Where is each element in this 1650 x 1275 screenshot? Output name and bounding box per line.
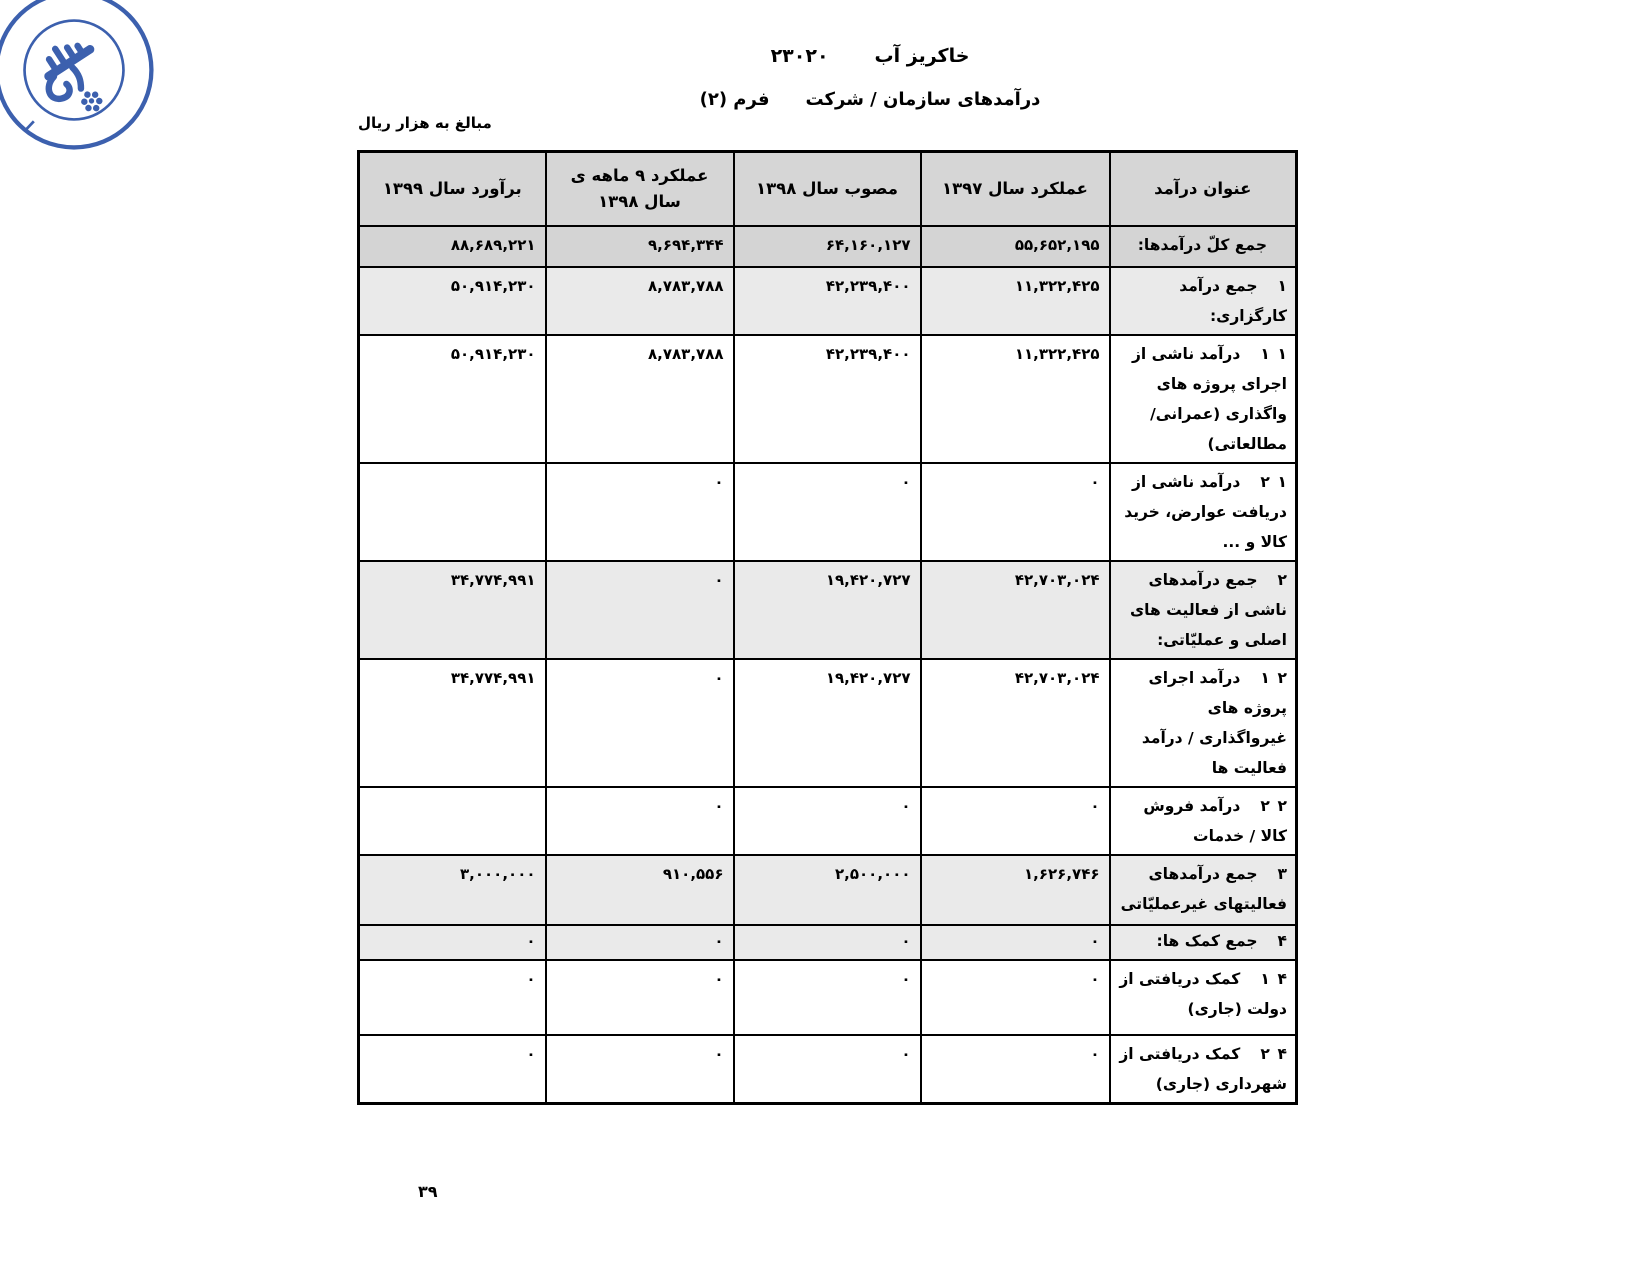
row-number: ۱‏	[1278, 277, 1287, 295]
cell-estimate99: ۳,۰۰۰,۰۰۰	[359, 855, 546, 925]
row-title-cell: ۳‏جمع درآمدهای فعالیتهای غیرعملیّاتی	[1110, 855, 1297, 925]
cell-estimate99: ۰	[359, 925, 546, 960]
cell-perf97: ۵۵,۶۵۲,۱۹۵	[921, 226, 1110, 267]
cell-perf9m98: ۰	[546, 1035, 734, 1104]
document-page: اداره مصوبات شورای اسلامی شهر تهران ۲۳۰۲…	[0, 0, 1650, 1275]
row-number: ۱‏ ۱‏	[1260, 345, 1287, 363]
cell-perf9m98: ۰	[546, 787, 734, 855]
cell-approved98: ۰	[734, 463, 921, 561]
col-header-approved-1398: مصوب سال ۱۳۹۸	[734, 152, 921, 227]
cell-approved98: ۲,۵۰۰,۰۰۰	[734, 855, 921, 925]
col-header-9month-1398: عملکرد ۹ ماهه ی سال ۱۳۹۸	[546, 152, 734, 227]
cell-perf9m98: ۰	[546, 463, 734, 561]
table-row-1-1: ۱‏ ۱‏درآمد ناشی از اجرای پروژه های واگذا…	[359, 335, 1297, 463]
page-number: ۳۹	[418, 1182, 438, 1201]
row-number: ۴‏ ۲‏	[1260, 1045, 1287, 1063]
cell-perf9m98: ۹,۶۹۴,۳۴۴	[546, 226, 734, 267]
col-header-revenue-title: عنوان درآمد	[1110, 152, 1297, 227]
cell-estimate99: ۵۰,۹۱۴,۲۳۰	[359, 267, 546, 335]
cell-perf9m98: ۸,۷۸۳,۷۸۸	[546, 267, 734, 335]
row-title-cell: ۱‏ ۲‏درآمد ناشی از دریافت عوارض، خرید کا…	[1110, 463, 1297, 561]
table-row-grand-total: جمع کلّ درآمدها: ۵۵,۶۵۲,۱۹۵ ۶۴,۱۶۰,۱۲۷ ۹…	[359, 226, 1297, 267]
cell-approved98: ۰	[734, 1035, 921, 1104]
row-title-cell: جمع کلّ درآمدها:	[1110, 226, 1297, 267]
row-number: ۲‏ ۲‏	[1260, 797, 1287, 815]
table-row-2: ۲‏جمع درآمدهای ناشی از فعالیت های اصلی و…	[359, 561, 1297, 659]
cell-perf9m98: ۰	[546, 960, 734, 1035]
row-title-cell: ۱‏ ۱‏درآمد ناشی از اجرای پروژه های واگذا…	[1110, 335, 1297, 463]
cell-perf97: ۱,۶۲۶,۷۴۶	[921, 855, 1110, 925]
row-title-cell: ۴‏ ۲‏کمک دریافتی از شهرداری (جاری)	[1110, 1035, 1297, 1104]
cell-perf97: ۰	[921, 463, 1110, 561]
cell-perf9m98: ۸,۷۸۳,۷۸۸	[546, 335, 734, 463]
cell-perf97: ۴۲,۷۰۳,۰۲۴	[921, 561, 1110, 659]
cell-estimate99: ۳۴,۷۷۴,۹۹۱	[359, 659, 546, 787]
row-title-cell: ۴‏ ۱‏کمک دریافتی از دولت (جاری)	[1110, 960, 1297, 1035]
cell-estimate99: ۰	[359, 960, 546, 1035]
row-title-cell: ۱‏جمع درآمد کارگزاری:	[1110, 267, 1297, 335]
row-title-cell: ۲‏ ۲‏درآمد فروش کالا / خدمات	[1110, 787, 1297, 855]
org-code: ۲۳۰۲۰	[771, 44, 829, 68]
row-number: ۴‏ ۱‏	[1260, 970, 1287, 988]
table-row-1: ۱‏جمع درآمد کارگزاری: ۱۱,۳۲۲,۴۲۵ ۴۲,۲۳۹,…	[359, 267, 1297, 335]
cell-approved98: ۴۲,۲۳۹,۴۰۰	[734, 267, 921, 335]
table-row-4-2: ۴‏ ۲‏کمک دریافتی از شهرداری (جاری) ۰ ۰ ۰…	[359, 1035, 1297, 1104]
cell-approved98: ۶۴,۱۶۰,۱۲۷	[734, 226, 921, 267]
org-name: خاکریز آب	[875, 44, 970, 68]
row-number: ۲‏	[1278, 571, 1287, 589]
row-title-cell: ۲‏ ۱‏درآمد اجرای پروژه های غیرواگذاری / …	[1110, 659, 1297, 787]
form-subtitle: درآمدهای سازمان / شرکت فرم (۲)	[90, 88, 1650, 112]
row-title: جمع کلّ درآمدها:	[1138, 236, 1267, 254]
revenues-table: عنوان درآمد عملکرد سال ۱۳۹۷ مصوب سال ۱۳۹…	[357, 150, 1298, 1105]
table-row-4: ۴‏جمع کمک ها: ۰ ۰ ۰ ۰	[359, 925, 1297, 960]
col-header-estimate-1399: برآورد سال ۱۳۹۹	[359, 152, 546, 227]
row-number: ۲‏ ۱‏	[1260, 669, 1287, 687]
row-title: جمع درآمد کارگزاری:	[1179, 277, 1287, 325]
cell-perf9m98: ۰	[546, 561, 734, 659]
cell-perf97: ۰	[921, 1035, 1110, 1104]
row-title: جمع کمک ها:	[1157, 932, 1258, 950]
cell-approved98: ۴۲,۲۳۹,۴۰۰	[734, 335, 921, 463]
table-header-row: عنوان درآمد عملکرد سال ۱۳۹۷ مصوب سال ۱۳۹…	[359, 152, 1297, 227]
cell-approved98: ۰	[734, 787, 921, 855]
cell-perf97: ۰	[921, 925, 1110, 960]
cell-approved98: ۱۹,۴۲۰,۷۲۷	[734, 561, 921, 659]
cell-perf9m98: ۰	[546, 925, 734, 960]
table-row-1-2: ۱‏ ۲‏درآمد ناشی از دریافت عوارض، خرید کا…	[359, 463, 1297, 561]
amounts-unit-note: مبالغ به هزار ریال	[358, 114, 492, 132]
row-title: جمع درآمدهای فعالیتهای غیرعملیّاتی	[1121, 865, 1287, 913]
row-number: ۴‏	[1278, 932, 1287, 950]
cell-approved98: ۰	[734, 925, 921, 960]
cell-estimate99	[359, 463, 546, 561]
row-number: ۳‏	[1278, 865, 1287, 883]
cell-perf9m98: ۰	[546, 659, 734, 787]
row-title-cell: ۴‏جمع کمک ها:	[1110, 925, 1297, 960]
cell-perf97: ۰	[921, 787, 1110, 855]
cell-estimate99: ۰	[359, 1035, 546, 1104]
cell-estimate99: ۳۴,۷۷۴,۹۹۱	[359, 561, 546, 659]
row-title: جمع درآمدهای ناشی از فعالیت های اصلی و ع…	[1130, 571, 1287, 649]
table-row-3: ۳‏جمع درآمدهای فعالیتهای غیرعملیّاتی ۱,۶…	[359, 855, 1297, 925]
document-title-line: ۲۳۰۲۰ خاکریز آب	[771, 44, 970, 68]
table-row-2-1: ۲‏ ۱‏درآمد اجرای پروژه های غیرواگذاری / …	[359, 659, 1297, 787]
cell-approved98: ۱۹,۴۲۰,۷۲۷	[734, 659, 921, 787]
cell-estimate99: ۵۰,۹۱۴,۲۳۰	[359, 335, 546, 463]
document-header: ۲۳۰۲۰ خاکریز آب درآمدهای سازمان / شرکت ف…	[90, 44, 1650, 112]
cell-perf97: ۱۱,۳۲۲,۴۲۵	[921, 267, 1110, 335]
cell-perf97: ۴۲,۷۰۳,۰۲۴	[921, 659, 1110, 787]
cell-perf97: ۰	[921, 960, 1110, 1035]
col-header-perf-1397: عملکرد سال ۱۳۹۷	[921, 152, 1110, 227]
table-row-2-2: ۲‏ ۲‏درآمد فروش کالا / خدمات ۰ ۰ ۰	[359, 787, 1297, 855]
row-number: ۱‏ ۲‏	[1260, 473, 1287, 491]
cell-approved98: ۰	[734, 960, 921, 1035]
cell-perf97: ۱۱,۳۲۲,۴۲۵	[921, 335, 1110, 463]
cell-estimate99	[359, 787, 546, 855]
row-title-cell: ۲‏جمع درآمدهای ناشی از فعالیت های اصلی و…	[1110, 561, 1297, 659]
cell-perf9m98: ۹۱۰,۵۵۶	[546, 855, 734, 925]
table-row-4-1: ۴‏ ۱‏کمک دریافتی از دولت (جاری) ۰ ۰ ۰ ۰	[359, 960, 1297, 1035]
cell-estimate99: ۸۸,۶۸۹,۲۲۱	[359, 226, 546, 267]
